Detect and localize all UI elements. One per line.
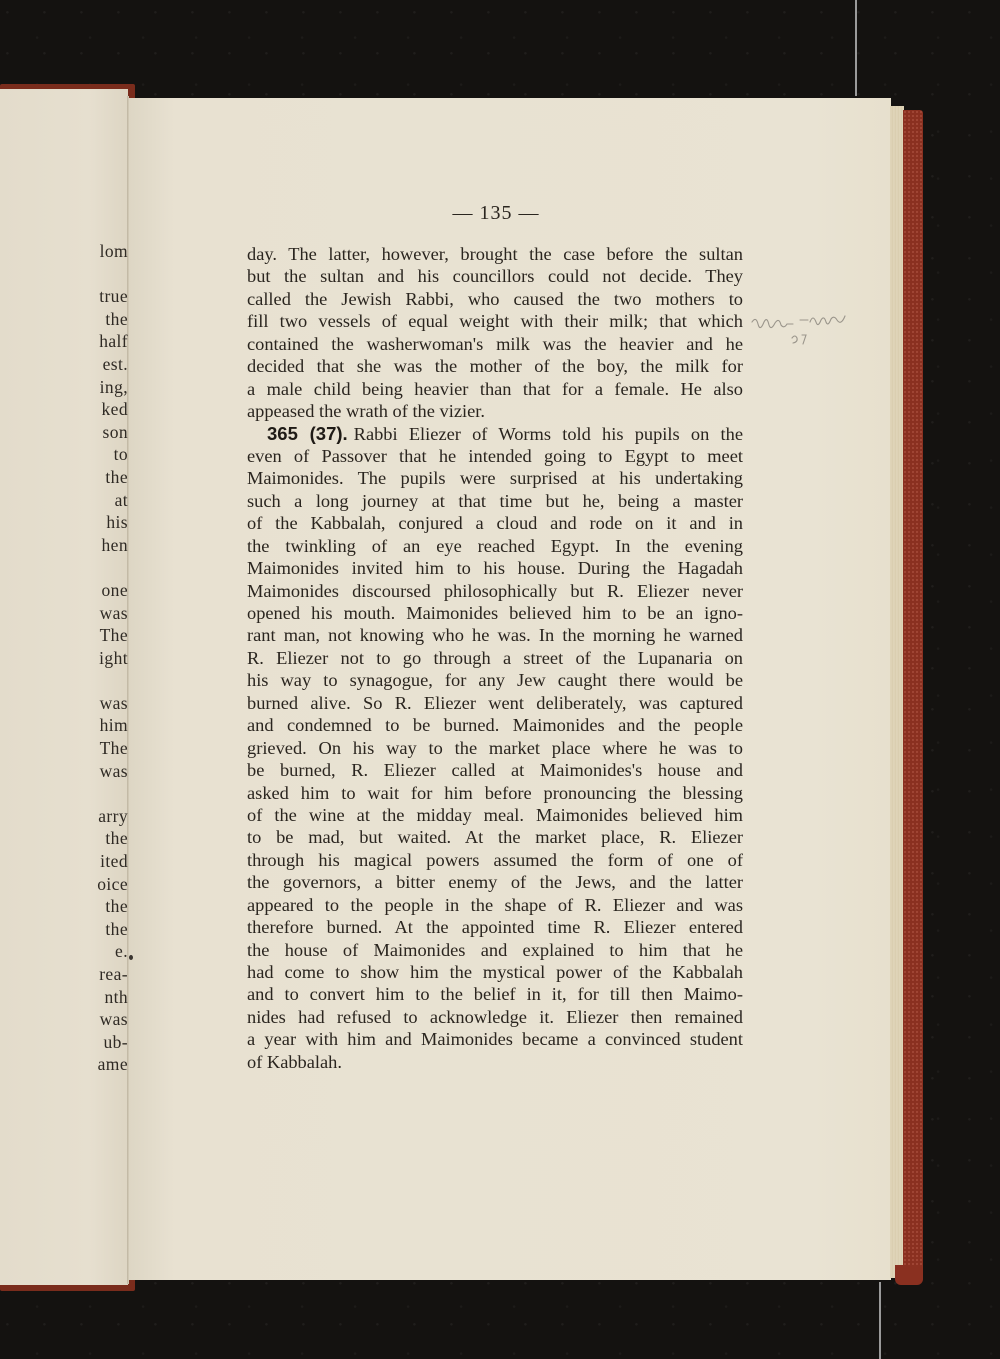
left-line: ub- <box>0 1031 128 1054</box>
left-line: one <box>0 579 128 602</box>
left-line: the <box>0 827 128 850</box>
text-line: day. The latter, however, brought the ca… <box>247 243 743 265</box>
text-line: called the Jewish Rabbi, who caused the … <box>247 288 743 310</box>
left-line: the <box>0 895 128 918</box>
text-line: the twinkling of an eye reached Egypt. I… <box>247 535 743 557</box>
page-edges <box>890 106 904 1278</box>
left-line <box>0 263 128 286</box>
left-line: arry <box>0 805 128 828</box>
left-line: his <box>0 511 128 534</box>
left-line: hen <box>0 534 128 557</box>
left-line: lom <box>0 240 128 263</box>
left-line: the <box>0 466 128 489</box>
text-line: R. Eliezer not to go through a street of… <box>247 647 743 669</box>
text-line: through his magical powers assumed the f… <box>247 849 743 871</box>
text-line: the governors, a bitter enemy of the Jew… <box>247 871 743 893</box>
right-cover-edge <box>903 110 923 1282</box>
paragraph-number: 365 (37). <box>267 423 348 444</box>
text-line: even of Passover that he intended going … <box>247 445 743 467</box>
text-line: therefore burned. At the appointed time … <box>247 916 743 938</box>
text-line: to be mad, but waited. At the market pla… <box>247 826 743 848</box>
text-line: his way to synagogue, for any Jew caught… <box>247 669 743 691</box>
left-line: half <box>0 330 128 353</box>
left-line: was <box>0 1008 128 1031</box>
left-line: The <box>0 737 128 760</box>
pencil-margin-note <box>748 308 868 358</box>
left-line: rea- <box>0 963 128 986</box>
left-line: son <box>0 421 128 444</box>
left-line: The <box>0 624 128 647</box>
text-line: but the sultan and his councillors could… <box>247 265 743 287</box>
text-line: be burned, R. Eliezer called at Maimonid… <box>247 759 743 781</box>
left-line: ked <box>0 398 128 421</box>
left-line: the <box>0 308 128 331</box>
left-line: ited <box>0 850 128 873</box>
text-line: a year with him and Maimonides became a … <box>247 1028 743 1050</box>
left-line <box>0 782 128 805</box>
scan-guide-line-bottom <box>879 1282 881 1359</box>
left-line <box>0 556 128 579</box>
left-line: nth <box>0 986 128 1009</box>
left-page-text: lom true the half est. ing, ked son to t… <box>0 240 128 1076</box>
right-page-body: day. The latter, however, brought the ca… <box>247 243 743 1073</box>
text-line: Maimonides invited him to his house. Dur… <box>247 557 743 579</box>
page-number: — 135 — <box>441 202 551 225</box>
text-line: Maimonides discoursed philosophically bu… <box>247 580 743 602</box>
left-line: e. <box>0 940 128 963</box>
text-line: nides had refused to acknowledge it. Eli… <box>247 1006 743 1028</box>
text-line: contained the washerwoman's milk was the… <box>247 333 743 355</box>
paragraph-365-first-line: 365 (37).Rabbi Eliezer of Worms told his… <box>247 423 743 445</box>
text-line: appeased the wrath of the vizier. <box>247 400 743 422</box>
text-span: Rabbi Eliezer of Worms told his pupils o… <box>354 424 743 444</box>
left-line: true <box>0 285 128 308</box>
handwriting-scribble-icon <box>748 308 868 358</box>
left-line <box>0 669 128 692</box>
left-line: was <box>0 692 128 715</box>
text-line: a male child being heavier than that for… <box>247 378 743 400</box>
text-line: had come to show him the mystical power … <box>247 961 743 983</box>
left-line: was <box>0 760 128 783</box>
text-line: of the Kabbalah, conjured a cloud and ro… <box>247 512 743 534</box>
left-line: ing, <box>0 376 128 399</box>
left-line: the <box>0 918 128 941</box>
left-line: ame <box>0 1053 128 1076</box>
left-line: him <box>0 714 128 737</box>
text-line: the house of Maimonides and explained to… <box>247 939 743 961</box>
text-line: fill two vessels of equal weight with th… <box>247 310 743 332</box>
text-line: decided that she was the mother of the b… <box>247 355 743 377</box>
text-line: such a long journey at that time but he,… <box>247 490 743 512</box>
right-cover-corner <box>895 1265 923 1285</box>
text-line: Maimonides. The pupils were surprised at… <box>247 467 743 489</box>
paper-speck <box>129 955 133 960</box>
text-line: and to convert him to the belief in it, … <box>247 983 743 1005</box>
text-line: appeared to the people in the shape of R… <box>247 894 743 916</box>
text-line: opened his mouth. Maimonides believed hi… <box>247 602 743 624</box>
left-line: at <box>0 489 128 512</box>
left-line: oice <box>0 873 128 896</box>
left-line: was <box>0 602 128 625</box>
scan-guide-line-top <box>855 0 857 96</box>
left-line: est. <box>0 353 128 376</box>
text-line: burned alive. So R. Eliezer went deliber… <box>247 692 743 714</box>
text-line: rant man, not knowing who he was. In the… <box>247 624 743 646</box>
text-line: and condemned to be burned. Maimonides a… <box>247 714 743 736</box>
text-line: grieved. On his way to the market place … <box>247 737 743 759</box>
text-line: asked him to wait for him before pronoun… <box>247 782 743 804</box>
left-line: ight <box>0 647 128 670</box>
left-line: to <box>0 443 128 466</box>
book-spread: lom true the half est. ing, ked son to t… <box>0 0 1000 1359</box>
text-line: of the wine at the midday meal. Maimonid… <box>247 804 743 826</box>
text-line: of Kabbalah. <box>247 1051 743 1073</box>
